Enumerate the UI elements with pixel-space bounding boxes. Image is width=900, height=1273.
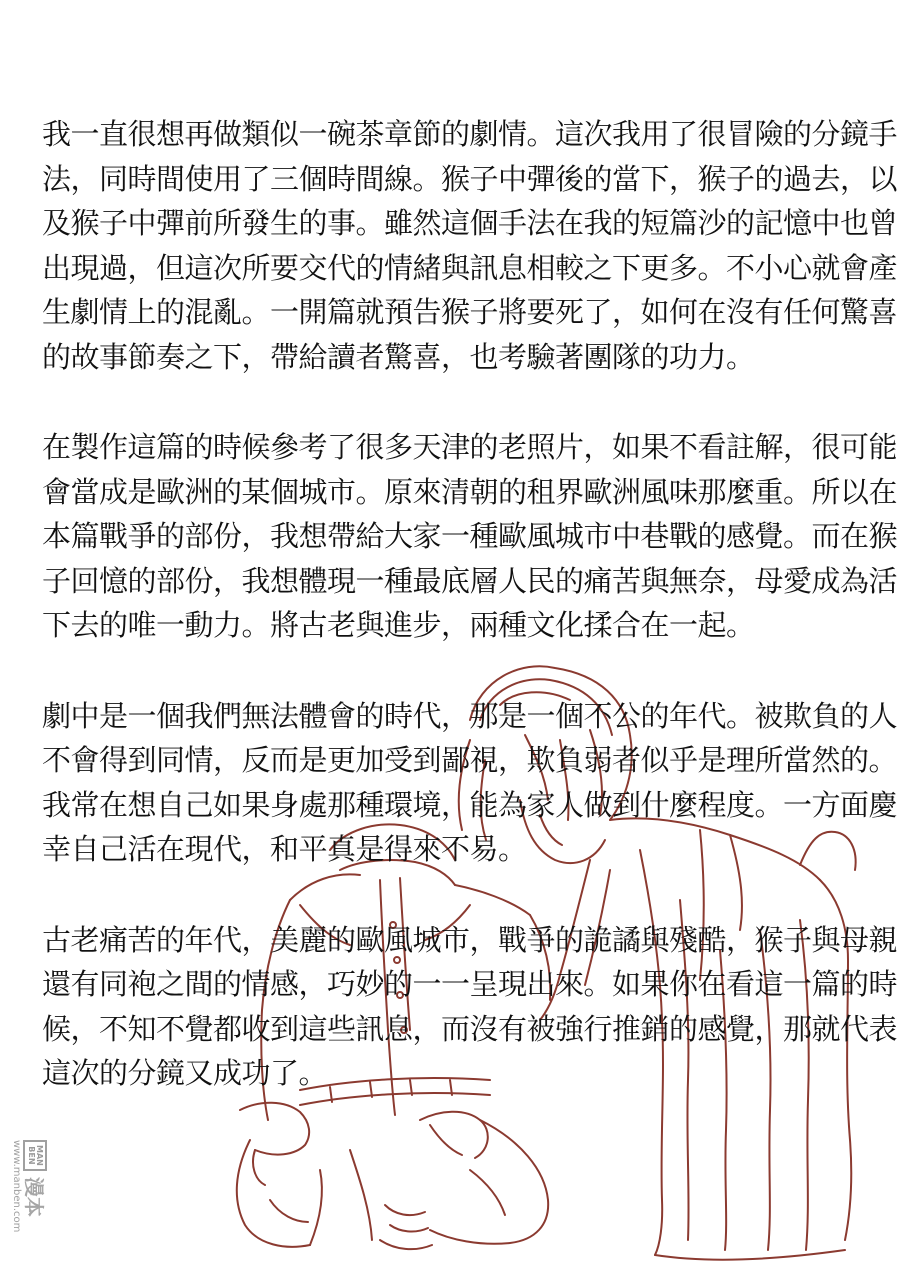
text-line: 我一直很想再做類似一碗茶章節的劇情。這次我用了很冒險的分鏡手	[42, 112, 862, 157]
paragraph-3: 劇中是一個我們無法體會的時代，那是一個不公的年代。被欺負的人 不會得到同情，反而…	[42, 694, 862, 872]
text-line: 生劇情上的混亂。一開篇就預告猴子將要死了，如何在沒有任何驚喜	[42, 290, 862, 335]
watermark-logo-icon: MAN BEN	[24, 1140, 48, 1171]
paragraph-4: 古老痛苦的年代，美麗的歐風城市，戰爭的詭譎與殘酷，猴子與母親 還有同袍之間的情感…	[42, 918, 862, 1096]
text-line: 這次的分鏡又成功了。	[42, 1051, 862, 1096]
watermark-logo-bottom: BEN	[28, 1145, 36, 1166]
manga-page: 我一直很想再做類似一碗茶章節的劇情。這次我用了很冒險的分鏡手 法，同時間使用了三…	[0, 0, 900, 1273]
afterword-text: 我一直很想再做類似一碗茶章節的劇情。這次我用了很冒險的分鏡手 法，同時間使用了三…	[42, 112, 862, 1142]
text-line: 候，不知不覺都收到這些訊息，而沒有被強行推銷的感覺，那就代表	[42, 1007, 862, 1052]
text-line: 法，同時間使用了三個時間線。猴子中彈後的當下，猴子的過去，以	[42, 157, 862, 202]
text-line: 在製作這篇的時候參考了很多天津的老照片，如果不看註解，很可能	[42, 425, 862, 470]
watermark-logo-top: MAN	[36, 1145, 44, 1166]
text-line: 古老痛苦的年代，美麗的歐風城市，戰爭的詭譎與殘酷，猴子與母親	[42, 918, 862, 963]
watermark-rotated: MAN BEN 漫本 www.manben.com	[21, 1140, 50, 1217]
text-line: 出現過，但這次所要交代的情緒與訊息相較之下更多。不小心就會產	[42, 246, 862, 291]
text-line: 會當成是歐洲的某個城市。原來清朝的租界歐洲風味那麼重。所以在	[42, 470, 862, 515]
text-line: 不會得到同情，反而是更加受到鄙視，欺負弱者似乎是理所當然的。	[42, 738, 862, 783]
watermark-url: www.manben.com	[11, 1140, 22, 1232]
text-line: 劇中是一個我們無法體會的時代，那是一個不公的年代。被欺負的人	[42, 694, 862, 739]
paragraph-1: 我一直很想再做類似一碗茶章節的劇情。這次我用了很冒險的分鏡手 法，同時間使用了三…	[42, 112, 862, 379]
site-watermark: MAN BEN 漫本 www.manben.com	[6, 1140, 50, 1265]
text-line: 的故事節奏之下，帶給讀者驚喜，也考驗著團隊的功力。	[42, 335, 862, 380]
text-line: 我常在想自己如果身處那種環境，能為家人做到什麼程度。一方面慶	[42, 783, 862, 828]
text-line: 下去的唯一動力。將古老與進步，兩種文化揉合在一起。	[42, 603, 862, 648]
text-line: 幸自己活在現代，和平真是得來不易。	[42, 827, 862, 872]
text-line: 本篇戰爭的部份，我想帶給大家一種歐風城市中巷戰的感覺。而在猴	[42, 514, 862, 559]
watermark-chinese: 漫本	[21, 1177, 50, 1217]
text-line: 子回憶的部份，我想體現一種最底層人民的痛苦與無奈，母愛成為活	[42, 559, 862, 604]
text-line: 及猴子中彈前所發生的事。雖然這個手法在我的短篇沙的記憶中也曾	[42, 201, 862, 246]
paragraph-2: 在製作這篇的時候參考了很多天津的老照片，如果不看註解，很可能 會當成是歐洲的某個…	[42, 425, 862, 648]
text-line: 還有同袍之間的情感，巧妙的一一呈現出來。如果你在看這一篇的時	[42, 962, 862, 1007]
